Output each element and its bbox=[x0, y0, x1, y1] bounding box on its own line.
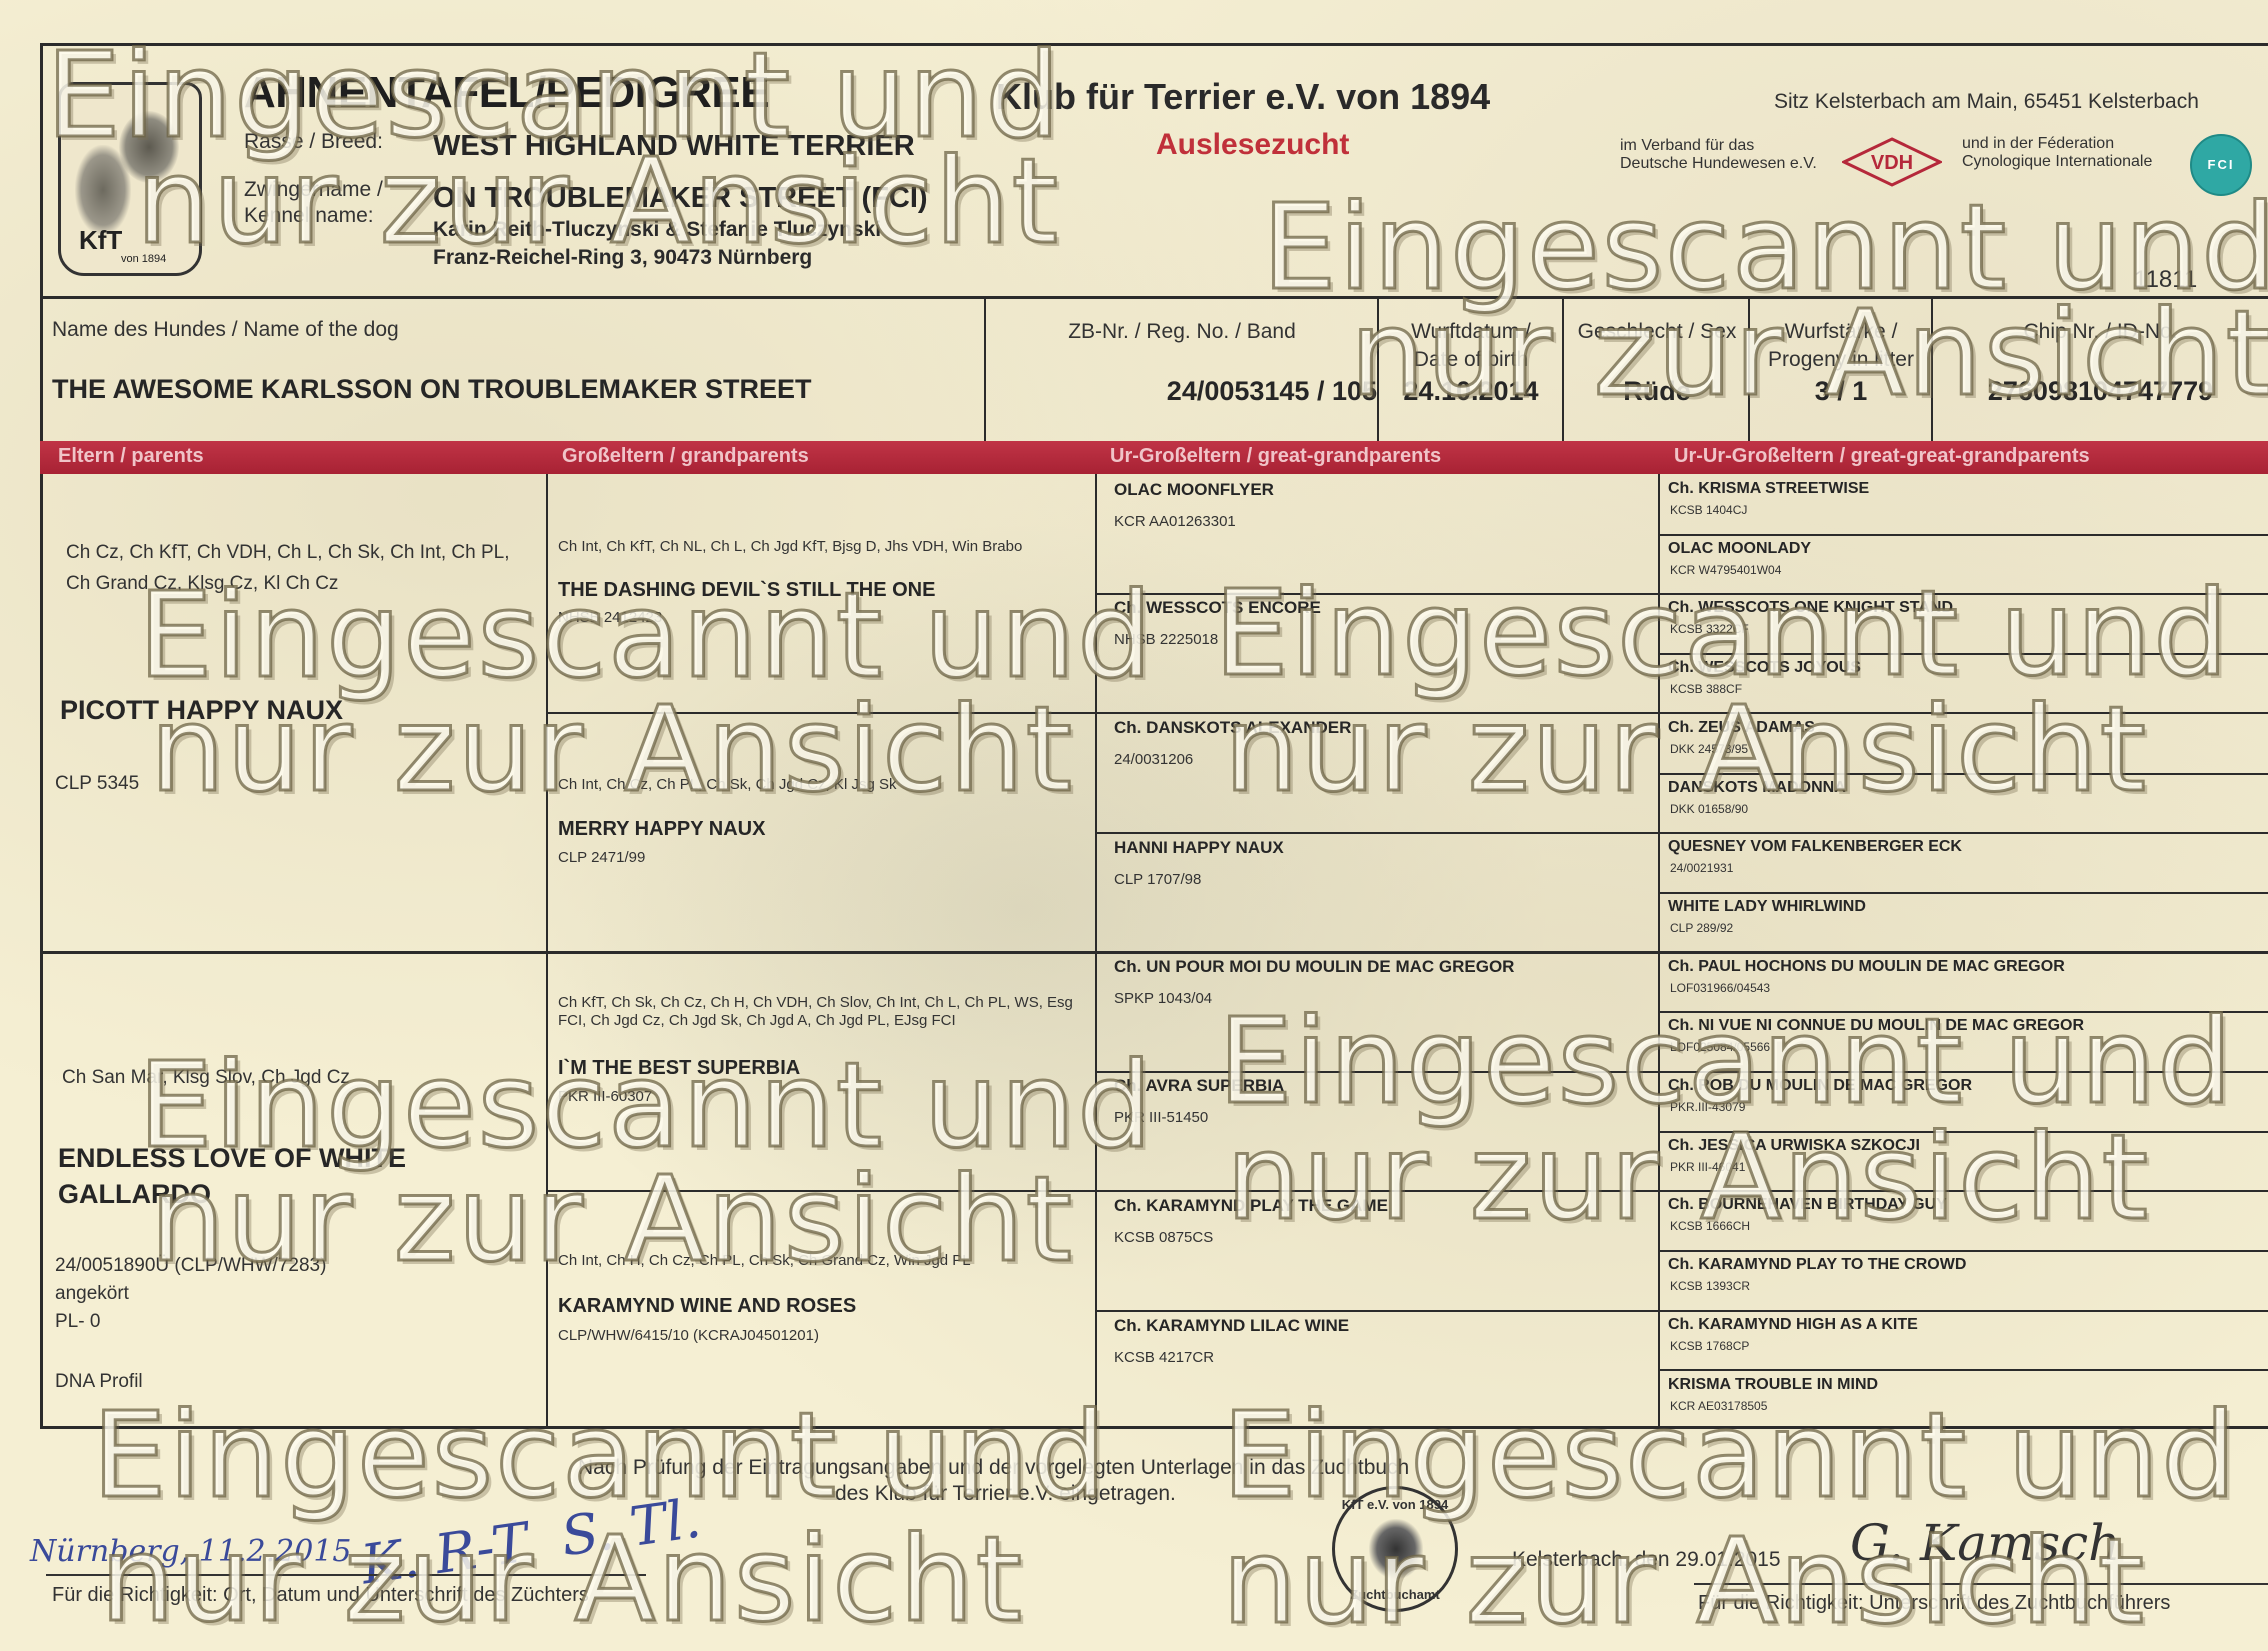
row-divider bbox=[1659, 653, 2268, 655]
grandparent-reg: PKR III-60307 bbox=[558, 1083, 652, 1111]
great-great-grandparent-reg: KCSB 1404CJ bbox=[1670, 502, 1747, 518]
great-great-grandparent-name: Ch. NI VUE NI CONNUE DU MOULIN DE MAC GR… bbox=[1668, 1017, 2084, 1035]
row-divider bbox=[1659, 773, 2268, 775]
litter-label-line1: Wurfstärke / bbox=[1750, 318, 1932, 346]
litter-label-line2: Progeny in litter bbox=[1750, 346, 1932, 374]
club-stamp-icon: KfT e.V. von 1894 Zuchtbuchamt bbox=[1332, 1486, 1458, 1612]
great-grandparent-reg: SPKP 1043/04 bbox=[1114, 985, 1212, 1013]
grandparent-reg: NHSB 2412423 bbox=[558, 604, 662, 632]
great-grandparent-name: HANNI HAPPY NAUX bbox=[1114, 838, 1284, 858]
great-grandparent-reg: PKR III-51450 bbox=[1114, 1104, 1208, 1132]
sex-label: Geschlecht / Sex bbox=[1564, 318, 1750, 346]
vdh-text-line2: Deutsche Hundewesen e.V. bbox=[1620, 155, 1817, 173]
logo-text: KfT bbox=[79, 225, 122, 256]
chip-label: Chip Nr. / ID-No. bbox=[1933, 318, 2268, 346]
great-great-grandparent-name: OLAC MOONLADY bbox=[1668, 540, 1811, 558]
great-great-grandparent-reg: PKR.III-43079 bbox=[1670, 1099, 1745, 1115]
date-of-birth: 24.10.2014 bbox=[1379, 376, 1563, 407]
great-great-grandparent-reg: KCSB 1393CR bbox=[1670, 1278, 1750, 1294]
great-grandparent-reg: KCR AA01263301 bbox=[1114, 508, 1236, 536]
row-divider bbox=[547, 712, 2268, 714]
verification-text-line1: Nach Prüfung der Eintragungsangaben und … bbox=[578, 1456, 1409, 1480]
dob-label-line1: Wurftdatum / bbox=[1379, 318, 1563, 346]
great-great-grandparent-name: Ch. JESSICA URWISKA SZKOCJI bbox=[1668, 1137, 1920, 1155]
great-grandparent-reg: KCSB 0875CS bbox=[1114, 1224, 1213, 1252]
stamp-dog-icon bbox=[1369, 1519, 1423, 1579]
kennel-label-line1: Zwingername / bbox=[244, 178, 383, 202]
great-grandparent-reg: 24/0031206 bbox=[1114, 746, 1193, 774]
great-great-grandparent-reg: LOF025084/05566 bbox=[1670, 1039, 1770, 1055]
dob-label: Wurftdatum / Date of birth bbox=[1379, 318, 1563, 374]
row-divider bbox=[40, 951, 2268, 954]
great-great-grandparent-name: Ch. BOURNEHAVEN BIRTHDAY GUY bbox=[1668, 1196, 1947, 1214]
great-great-grandparent-name: Ch. ZEUS ADAMAS bbox=[1668, 719, 1815, 737]
breed-value: WEST HIGHLAND WHITE TERRIER bbox=[433, 130, 915, 163]
row-divider bbox=[1096, 1071, 2268, 1073]
grandparent-titles: Ch Int, Ch H, Ch Cz, Ch PL, Ch Sk, Ch Gr… bbox=[558, 1252, 1078, 1270]
vdh-logo-icon: VDH bbox=[1842, 137, 1942, 187]
great-great-grandparent-reg: KCR W4795401W04 bbox=[1670, 562, 1781, 578]
club-seat: Sitz Kelsterbach am Main, 65451 Kelsterb… bbox=[1774, 90, 2199, 114]
parents-header: Eltern / parents bbox=[58, 445, 204, 468]
fci-text-line2: Cynologique Internationale bbox=[1962, 153, 2152, 171]
great-great-grandparent-name: Ch. KRISMA STREETWISE bbox=[1668, 480, 1869, 498]
row-divider bbox=[547, 1190, 2268, 1192]
great-grandparent-name: Ch. WESSCOTS ENCORE bbox=[1114, 598, 1321, 618]
chip-number: 276098104747779 bbox=[1933, 376, 2268, 407]
grandparents-header: Großeltern / grandparents bbox=[562, 445, 809, 468]
grandparent-titles: Ch KfT, Ch Sk, Ch Cz, Ch H, Ch VDH, Ch S… bbox=[558, 994, 1088, 1030]
row-divider bbox=[1096, 1310, 2268, 1312]
row-divider bbox=[1659, 1131, 2268, 1133]
grandparent-reg: CLP 2471/99 bbox=[558, 844, 645, 872]
great-grandparent-name: Ch. UN POUR MOI DU MOULIN DE MAC GREGOR bbox=[1114, 957, 1514, 977]
great-grandparent-reg: CLP 1707/98 bbox=[1114, 866, 1201, 894]
dob-label-line2: Date of birth bbox=[1379, 346, 1563, 374]
dog-name-label: Name des Hundes / Name of the dog bbox=[52, 316, 399, 344]
breeder-signature-line bbox=[46, 1574, 646, 1576]
breeder-handwritten-date: Nürnberg, 11.2.2015 bbox=[30, 1534, 352, 1569]
registrar-caption: Für die Richtigkeit: Unterschrift des Zu… bbox=[1698, 1592, 2170, 1615]
club-name: Klub für Terrier e.V. von 1894 bbox=[996, 76, 1490, 118]
row-divider bbox=[1659, 1369, 2268, 1371]
kft-club-logo: KfT von 1894 bbox=[58, 82, 202, 276]
breed-label: Rasse / Breed: bbox=[244, 130, 383, 154]
serial-number: 11811 bbox=[2134, 266, 2197, 294]
header-divider bbox=[40, 296, 2268, 299]
grandparent-titles: Ch Int, Ch Cz, Ch PL, Ch Sk, Ch Jgd Cz, … bbox=[558, 776, 1078, 794]
vdh-text-line1: im Verband für das bbox=[1620, 137, 1817, 155]
breeder-names: Karin Reith-Tluczynski & Stefanie Tluczy… bbox=[433, 218, 881, 242]
verification-text-line2: des Klub für Terrier e.V. eingetragen. bbox=[835, 1482, 1176, 1506]
registrar-signature: G. Kamsch bbox=[1850, 1514, 2120, 1572]
great-grandparent-reg: NHSB 2225018 bbox=[1114, 626, 1218, 654]
great-great-grandparent-name: Ch. KARAMYND HIGH AS A KITE bbox=[1668, 1316, 1918, 1334]
fci-text: und in der Féderation Cynologique Intern… bbox=[1962, 135, 2152, 171]
registrar-place-date: Kelsterbach, den 29.01.2015 bbox=[1512, 1548, 1781, 1572]
grandparent-titles: Ch Int, Ch KfT, Ch NL, Ch L, Ch Jgd KfT,… bbox=[558, 538, 1078, 556]
grandparent-name: KARAMYND WINE AND ROSES bbox=[558, 1294, 856, 1318]
grandparent-name: MERRY HAPPY NAUX bbox=[558, 817, 765, 841]
selection-breeding-label: Auslesezucht bbox=[1156, 128, 1349, 162]
great-great-grandparent-reg: 24/0021931 bbox=[1670, 860, 1733, 876]
dam-breed-approval: angekört bbox=[55, 1280, 129, 1308]
row-divider bbox=[1659, 1250, 2268, 1252]
breeder-caption: Für die Richtigkeit: Ort, Datum und Unte… bbox=[52, 1584, 589, 1607]
great-great-grandparents-header: Ur-Ur-Großeltern / great-great-grandpare… bbox=[1674, 445, 2090, 468]
sire-titles: Ch Cz, Ch KfT, Ch VDH, Ch L, Ch Sk, Ch I… bbox=[66, 537, 536, 599]
grandparent-reg: CLP/WHW/6415/10 (KCRAJ04501201) bbox=[558, 1322, 819, 1350]
great-grandparent-name: OLAC MOONFLYER bbox=[1114, 480, 1274, 500]
sex-value: Rüde bbox=[1564, 376, 1750, 407]
great-great-grandparent-reg: DKK 24573/95 bbox=[1670, 741, 1748, 757]
reg-number: 24/0053145 / 105 bbox=[1005, 376, 1377, 407]
great-grandparent-name: Ch. DANSKOTS ALEXANDER bbox=[1114, 718, 1351, 738]
great-great-grandparent-reg: CLP 289/92 bbox=[1670, 920, 1733, 936]
row-divider bbox=[1659, 534, 2268, 536]
registrar-signature-line bbox=[1694, 1583, 2268, 1585]
litter-label: Wurfstärke / Progeny in litter bbox=[1750, 318, 1932, 374]
sire-name: PICOTT HAPPY NAUX bbox=[60, 692, 343, 728]
great-great-grandparent-name: WHITE LADY WHIRLWIND bbox=[1668, 898, 1866, 916]
great-great-grandparent-reg: LOF031966/04543 bbox=[1670, 980, 1770, 996]
great-great-grandparent-name: Ch. WESSCOTS ONE KNIGHT STAND bbox=[1668, 599, 1953, 617]
dog-name: THE AWESOME KARLSSON ON TROUBLEMAKER STR… bbox=[52, 374, 812, 405]
great-grandparent-reg: KCSB 4217CR bbox=[1114, 1344, 1214, 1372]
great-great-grandparent-name: Ch. ROB DU MOULIN DE MAC GREGOR bbox=[1668, 1077, 1972, 1095]
great-great-grandparent-reg: KCSB 1666CH bbox=[1670, 1218, 1750, 1234]
reg-label: ZB-Nr. / Reg. No. / Band bbox=[986, 318, 1378, 346]
great-great-grandparent-reg: PKR III-46041 bbox=[1670, 1159, 1745, 1175]
great-great-grandparent-name: KRISMA TROUBLE IN MIND bbox=[1668, 1376, 1878, 1394]
document-title: AHNENTAFEL/PEDIGREE bbox=[244, 68, 769, 118]
dam-reg: 24/0051890Ü (CLP/WHW/7283) bbox=[55, 1252, 326, 1280]
litter-value: 3 / 1 bbox=[1750, 376, 1932, 407]
great-great-grandparent-reg: KCSB 388CF bbox=[1670, 681, 1742, 697]
breeder-signature: K. R-T S. Tl. bbox=[357, 1487, 704, 1597]
great-grandparent-name: Ch. KARAMYND LILAC WINE bbox=[1114, 1316, 1349, 1336]
vdh-text: im Verband für das Deutsche Hundewesen e… bbox=[1620, 137, 1817, 173]
dam-patella: PL- 0 bbox=[55, 1308, 100, 1336]
great-great-grandparent-name: Ch. WESSCOTS JOYOUS bbox=[1668, 659, 1861, 677]
dam-dna: DNA Profil bbox=[55, 1368, 143, 1396]
great-great-grandparent-reg: KCSB 3322CF bbox=[1670, 621, 1749, 637]
stamp-text-bottom: Zuchtbuchamt bbox=[1335, 1587, 1455, 1602]
breeder-address: Franz-Reichel-Ring 3, 90473 Nürnberg bbox=[433, 246, 812, 270]
great-grandparent-name: Ch. KARAMYND PLAY THE GAME bbox=[1114, 1196, 1388, 1216]
great-great-grandparent-reg: KCSB 1768CP bbox=[1670, 1338, 1749, 1354]
great-great-grandparent-name: Ch. PAUL HOCHONS DU MOULIN DE MAC GREGOR bbox=[1668, 958, 2065, 976]
grandparent-name: I`M THE BEST SUPERBIA bbox=[558, 1056, 800, 1080]
great-great-grandparent-name: QUESNEY VOM FALKENBERGER ECK bbox=[1668, 838, 1962, 856]
row-divider bbox=[1096, 593, 2268, 595]
dam-titles: Ch San Mar, Klsg Slov, Ch Jgd Cz bbox=[62, 1062, 350, 1093]
great-grandparents-header: Ur-Großeltern / great-grandparents bbox=[1110, 445, 1441, 468]
kennel-label-line2: Kennel name: bbox=[244, 204, 374, 228]
sire-reg: CLP 5345 bbox=[55, 770, 139, 798]
svg-text:VDH: VDH bbox=[1871, 152, 1913, 174]
row-divider bbox=[1659, 1011, 2268, 1013]
kennel-value: ON TROUBLEMAKER STREET (FCI) bbox=[433, 182, 928, 215]
stamp-text-top: KfT e.V. von 1894 bbox=[1335, 1497, 1455, 1512]
dam-name: ENDLESS LOVE OF WHITE GALLARDO bbox=[58, 1140, 438, 1212]
great-great-grandparent-name: DANSKOTS MADONNA bbox=[1668, 779, 1846, 797]
great-grandparent-name: Ch. AVRA SUPERBIA bbox=[1114, 1076, 1284, 1096]
terrier-head-icon bbox=[75, 145, 131, 235]
fci-logo-icon: FCI bbox=[2190, 134, 2252, 196]
generation-header-band: Eltern / parents Großeltern / grandparen… bbox=[40, 441, 2268, 474]
fci-text-line1: und in der Féderation bbox=[1962, 135, 2152, 153]
great-great-grandparent-name: Ch. KARAMYND PLAY TO THE CROWD bbox=[1668, 1256, 1966, 1274]
row-divider bbox=[1096, 832, 2268, 834]
great-great-grandparent-reg: DKK 01658/90 bbox=[1670, 801, 1748, 817]
row-divider bbox=[1659, 892, 2268, 894]
grandparent-name: THE DASHING DEVIL`S STILL THE ONE bbox=[558, 578, 935, 602]
great-great-grandparent-reg: KCR AE03178505 bbox=[1670, 1398, 1767, 1414]
logo-subtext: von 1894 bbox=[121, 253, 166, 265]
